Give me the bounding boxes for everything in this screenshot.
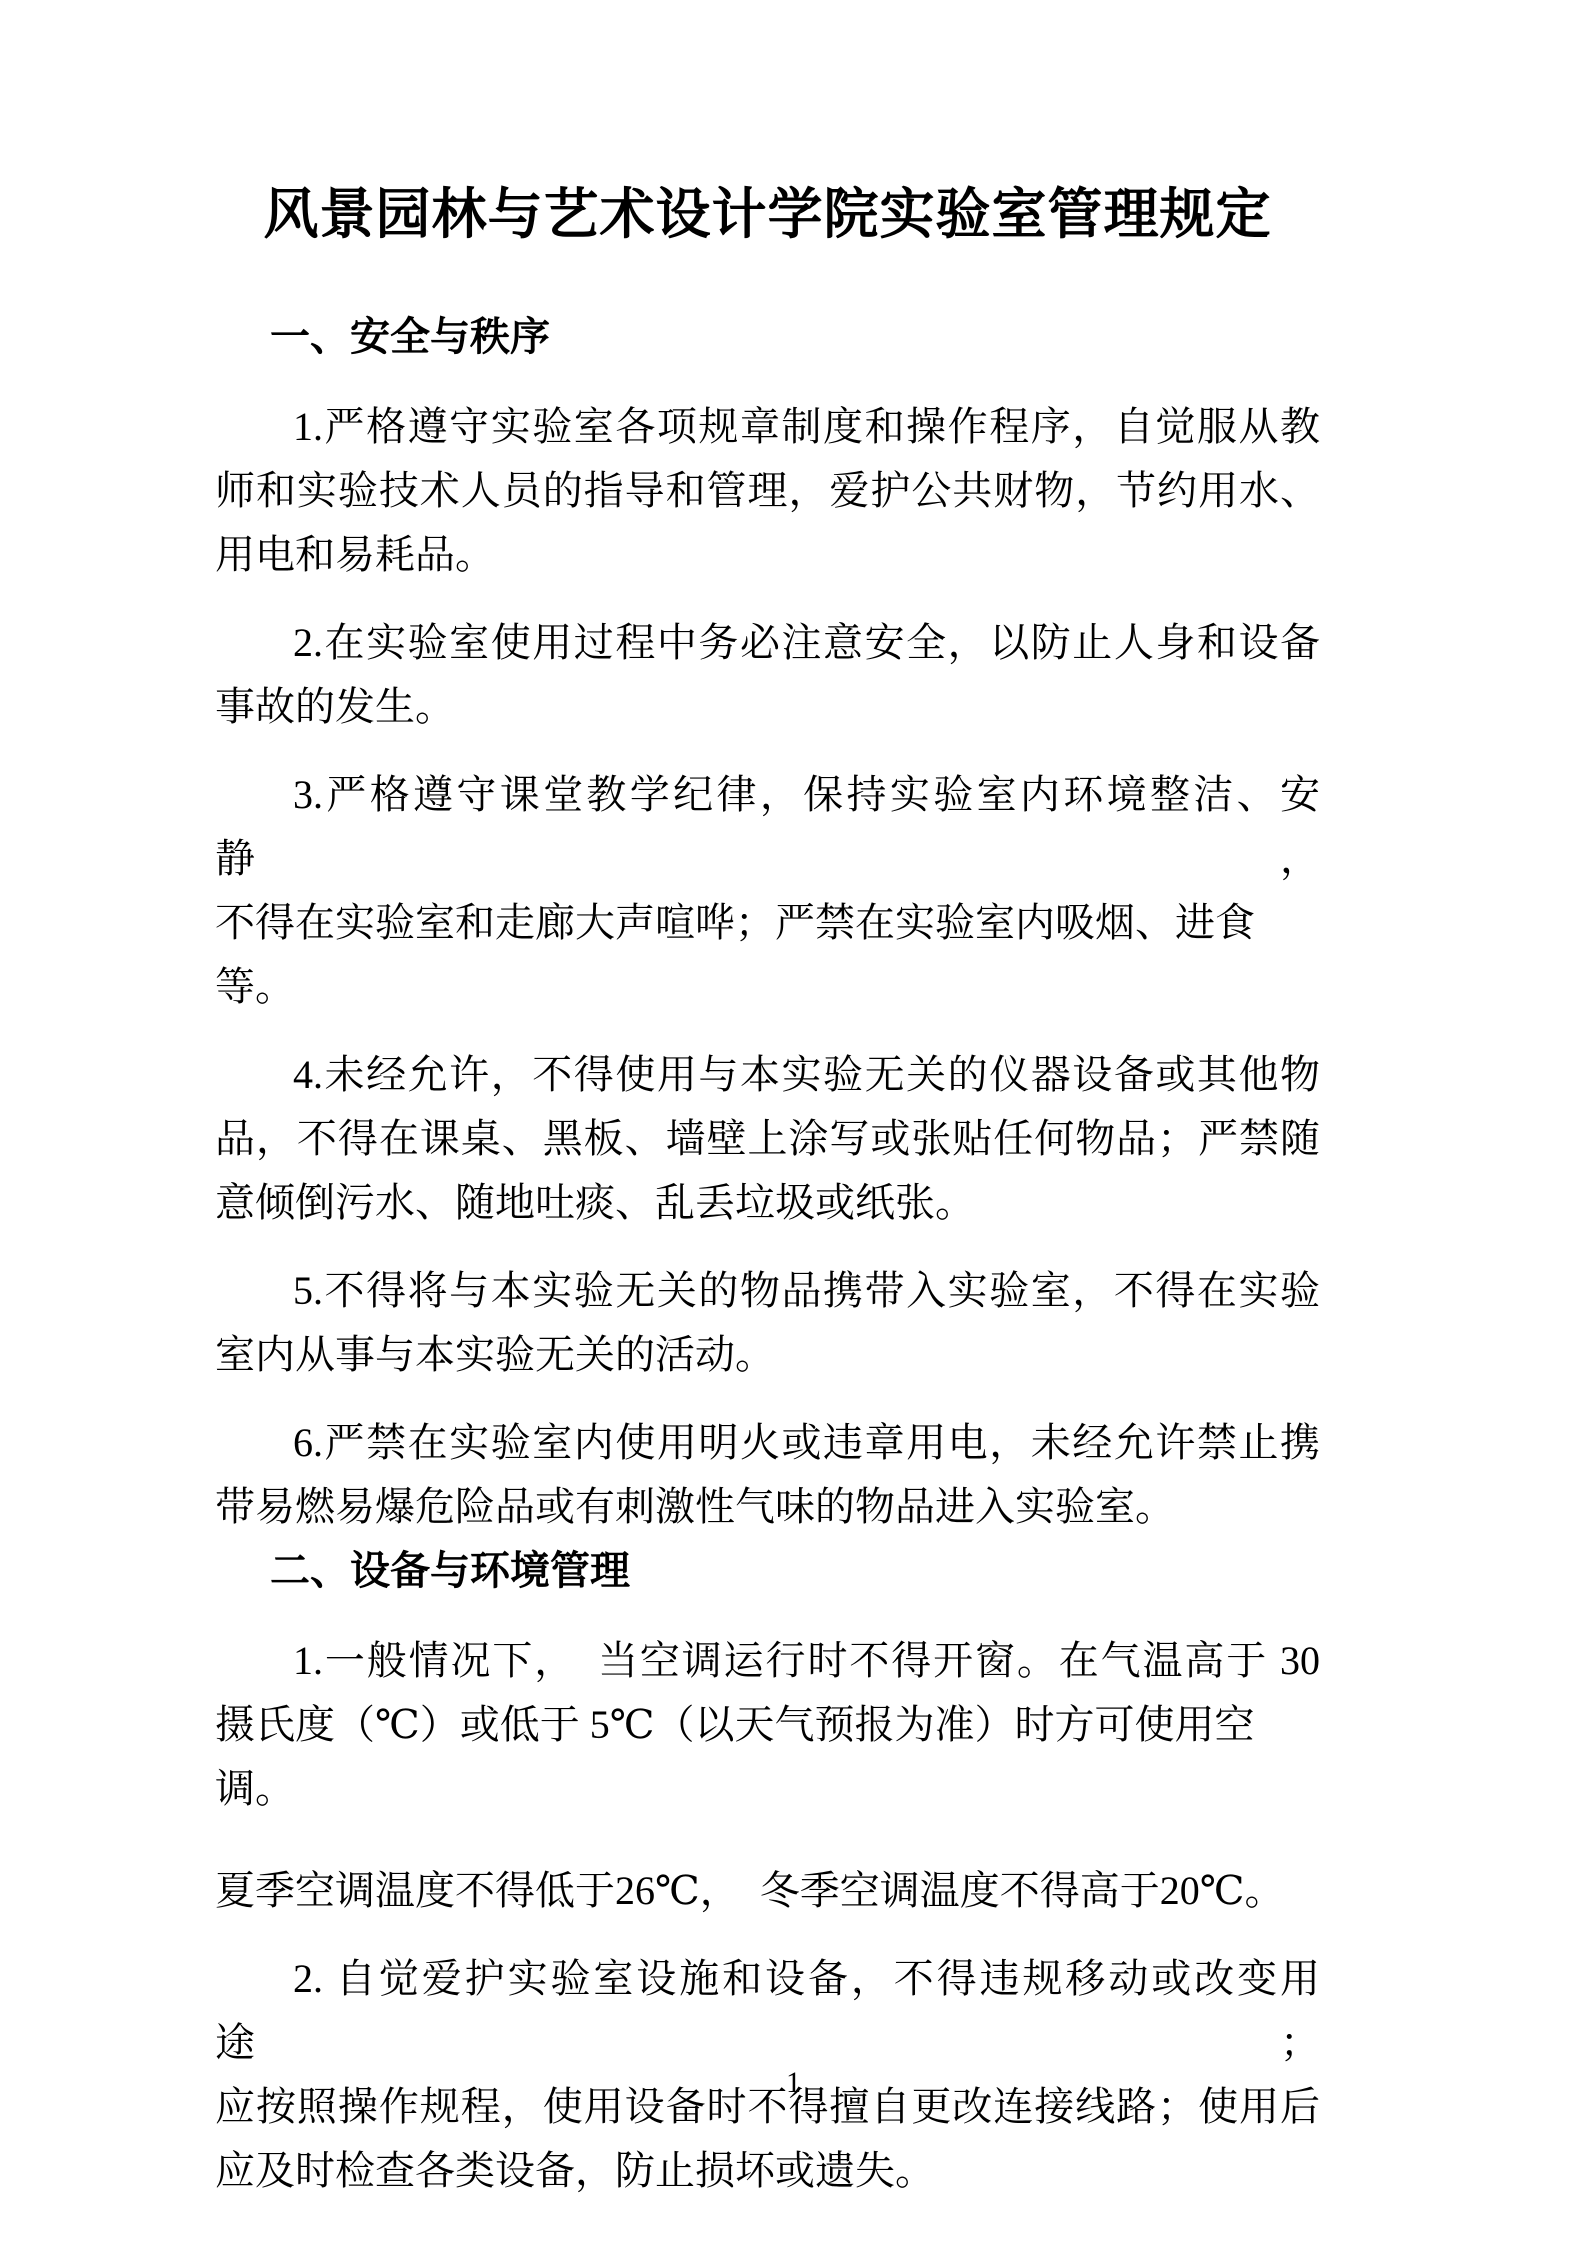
body-line: 不得在实验室和走廊大声喧哗；严禁在实验室内吸烟、进食等。	[215, 891, 1320, 1019]
paragraph: 2.在实验室使用过程中务必注意安全，以防止人身和设备事故的发生。	[215, 611, 1320, 739]
paragraph: 4.未经允许，不得使用与本实验无关的仪器设备或其他物品，不得在课桌、黑板、墙壁上…	[215, 1043, 1320, 1235]
section-heading: 一、安全与秩序	[215, 313, 1320, 361]
body-line: 3.严格遵守课堂教学纪律，保持实验室内环境整洁、安静，	[215, 763, 1320, 891]
body-line: 摄氏度（℃）或低于 5℃（以天气预报为准）时方可使用空调。	[215, 1693, 1320, 1821]
body-line: 1.严格遵守实验室各项规章制度和操作程序，自觉服从教	[215, 395, 1320, 459]
document-page: 风景园林与艺术设计学院实验室管理规定 一、安全与秩序1.严格遵守实验室各项规章制…	[0, 0, 1587, 2245]
document-section: 一、安全与秩序1.严格遵守实验室各项规章制度和操作程序，自觉服从教师和实验技术人…	[215, 313, 1320, 1539]
section-heading: 二、设备与环境管理	[215, 1547, 1320, 1595]
body-line: 1.一般情况下， 当空调运行时不得开窗。在气温高于 30	[215, 1629, 1320, 1693]
document-content: 风景园林与艺术设计学院实验室管理规定 一、安全与秩序1.严格遵守实验室各项规章制…	[215, 0, 1320, 2203]
body-line: 2. 自觉爱护实验室设施和设备，不得违规移动或改变用途；	[215, 1947, 1320, 2075]
paragraph: 6.严禁在实验室内使用明火或违章用电，未经允许禁止携带易燃易爆危险品或有刺激性气…	[215, 1411, 1320, 1539]
body-line: 师和实验技术人员的指导和管理，爱护公共财物，节约用水、	[215, 459, 1320, 523]
body-line: 品，不得在课桌、黑板、墙壁上涂写或张贴任何物品；严禁随	[215, 1107, 1320, 1171]
body-line: 4.未经允许，不得使用与本实验无关的仪器设备或其他物	[215, 1043, 1320, 1107]
body-line: 意倾倒污水、随地吐痰、乱丢垃圾或纸张。	[215, 1171, 1320, 1235]
paragraph: 3.严格遵守课堂教学纪律，保持实验室内环境整洁、安静，不得在实验室和走廊大声喧哗…	[215, 763, 1320, 1019]
body-line: 用电和易耗品。	[215, 523, 1320, 587]
body-line: 6.严禁在实验室内使用明火或违章用电，未经允许禁止携	[215, 1411, 1320, 1475]
body-line: 室内从事与本实验无关的活动。	[215, 1323, 1320, 1387]
document-section: 二、设备与环境管理1.一般情况下， 当空调运行时不得开窗。在气温高于 30摄氏度…	[215, 1547, 1320, 2203]
document-title: 风景园林与艺术设计学院实验室管理规定	[215, 0, 1320, 245]
body-line: 夏季空调温度不得低于26℃， 冬季空调温度不得高于20℃。	[215, 1859, 1320, 1923]
body-line: 5.不得将与本实验无关的物品携带入实验室，不得在实验	[215, 1259, 1320, 1323]
body-line: 事故的发生。	[215, 675, 1320, 739]
paragraph: 1.一般情况下， 当空调运行时不得开窗。在气温高于 30摄氏度（℃）或低于 5℃…	[215, 1629, 1320, 1821]
paragraph: 夏季空调温度不得低于26℃， 冬季空调温度不得高于20℃。	[215, 1859, 1320, 1923]
page-number: 1	[0, 2066, 1587, 2100]
body-line: 应及时检查各类设备，防止损坏或遗失。	[215, 2139, 1320, 2203]
body-line: 2.在实验室使用过程中务必注意安全，以防止人身和设备	[215, 611, 1320, 675]
document-sections: 一、安全与秩序1.严格遵守实验室各项规章制度和操作程序，自觉服从教师和实验技术人…	[215, 313, 1320, 2203]
paragraph: 1.严格遵守实验室各项规章制度和操作程序，自觉服从教师和实验技术人员的指导和管理…	[215, 395, 1320, 587]
body-line: 带易燃易爆危险品或有刺激性气味的物品进入实验室。	[215, 1475, 1320, 1539]
paragraph: 5.不得将与本实验无关的物品携带入实验室，不得在实验室内从事与本实验无关的活动。	[215, 1259, 1320, 1387]
